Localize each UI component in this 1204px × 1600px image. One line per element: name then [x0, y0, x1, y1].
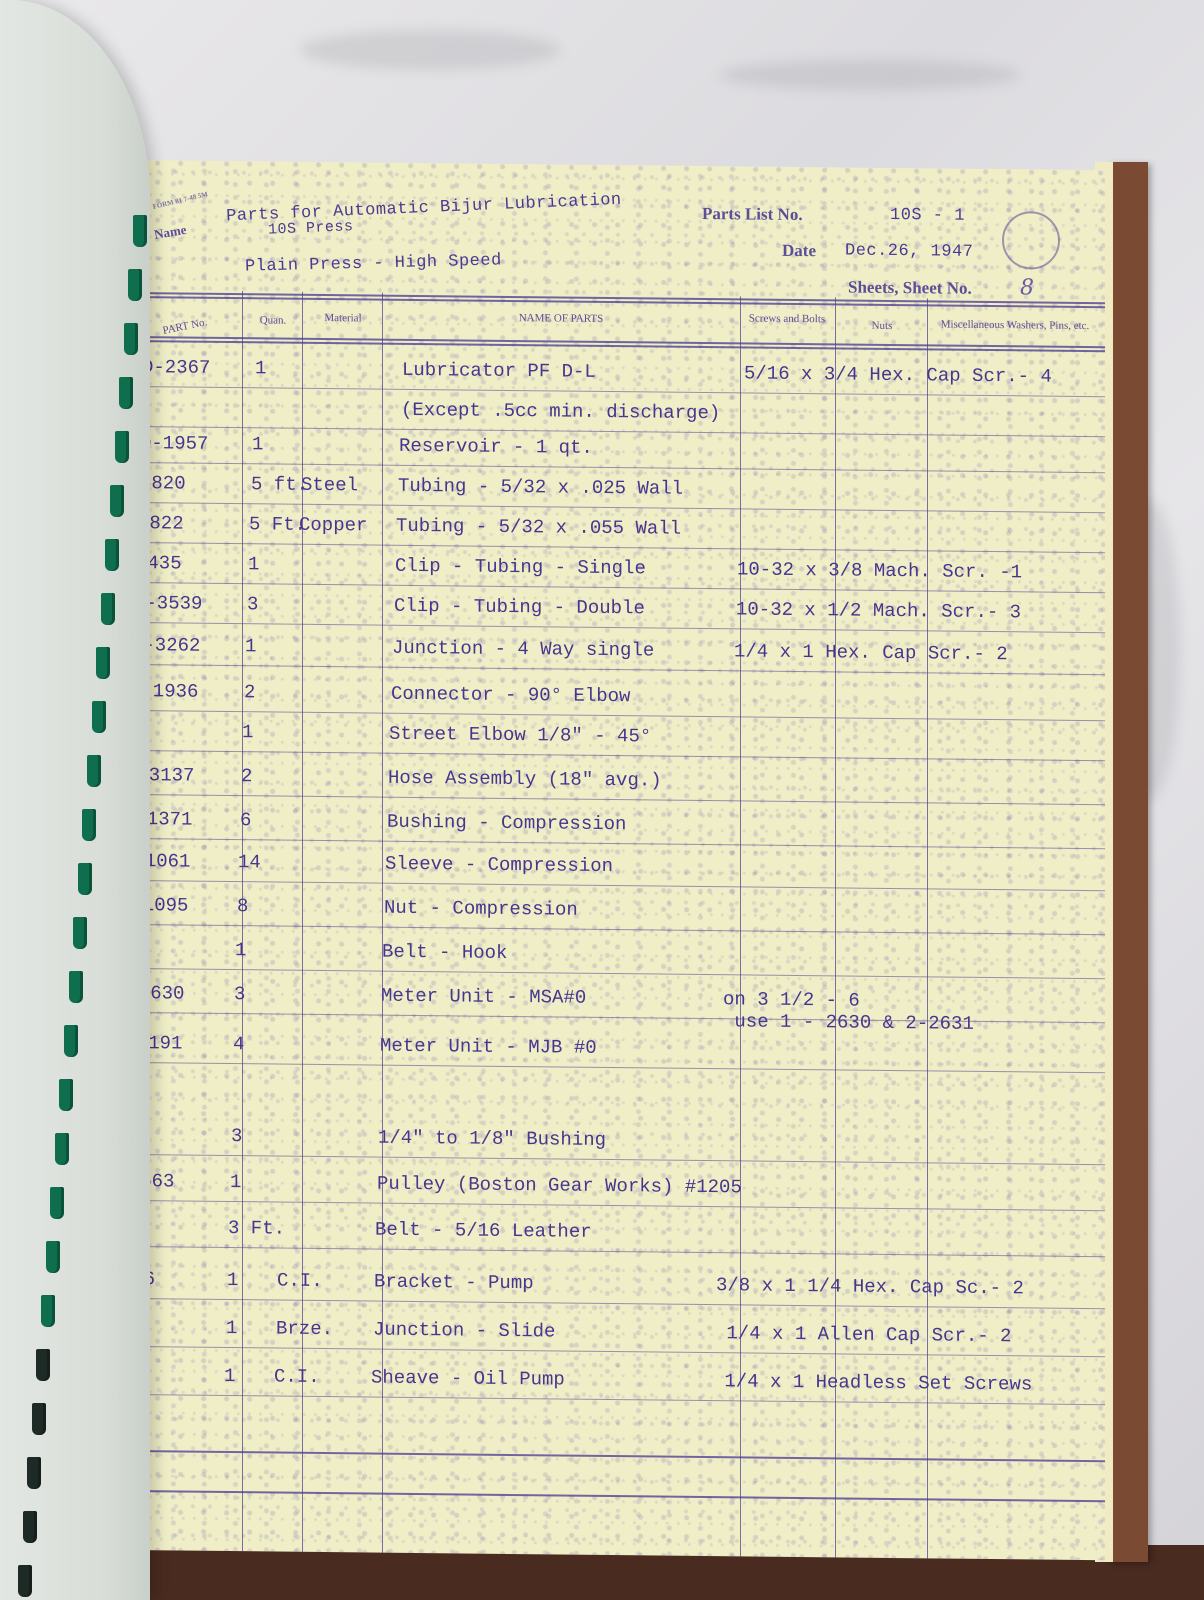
sheets-label: Sheets, Sheet No.	[848, 278, 972, 299]
part-name: (Except .5cc min. discharge)	[401, 399, 720, 424]
part-name: Lubricator PF D-L	[402, 359, 596, 383]
quantity: 5 ft.	[251, 473, 308, 496]
table-row: 31/4" to 1/8" Bushing	[130, 160, 1105, 170]
table-row: 485421C.I.Sheave - Oil Pump 1/4 x 1 Head…	[130, 160, 1105, 170]
table-row: 58205 ft.SteelTubing - 5/32 x .025 Wall	[130, 160, 1105, 170]
row-rule	[130, 1394, 1105, 1405]
quantity: 2	[244, 681, 255, 703]
row-rule	[130, 710, 1105, 721]
parts-table-body: D-23671Lubricator PF D-L5/16 x 3/4 Hex. …	[130, 160, 1105, 170]
quantity: 1	[227, 1269, 238, 1291]
row-rule	[130, 664, 1105, 675]
column-divider	[740, 296, 741, 1556]
part-name: 1/4" to 1/8" Bushing	[378, 1127, 606, 1151]
part-number: D-2367	[142, 356, 210, 379]
col-header-misc: Miscellaneous Washers, Pins, etc.	[930, 318, 1100, 332]
table-row: B-106114Sleeve - Compression	[130, 160, 1105, 170]
table-row: B-31914Meter Unit - MJB #0	[130, 160, 1105, 170]
col-header-material: Material	[306, 312, 380, 325]
material: Brze.	[276, 1318, 333, 1341]
row-rule	[130, 426, 1105, 437]
row-rule	[130, 838, 1105, 849]
table-row: 338691Brze.Junction - Slide 1/4 x 1 Alle…	[130, 160, 1105, 170]
material: C.I.	[274, 1366, 320, 1388]
quantity: 1	[255, 357, 266, 379]
col-header-name: NAME OF PARTS	[386, 311, 736, 327]
facing-page	[0, 0, 150, 1600]
hardware-note: on 3 1/2 - 6 use 1 - 2630 & 2-2631	[723, 988, 974, 1035]
table-row: 1Belt - Hook	[130, 160, 1105, 170]
column-divider	[927, 298, 928, 1558]
part-name: Belt - 5/16 Leather	[375, 1219, 592, 1243]
part-name: Bracket - Pump	[374, 1271, 534, 1295]
name-label: Name	[153, 222, 188, 243]
row-rule	[130, 1246, 1105, 1257]
row-rule	[130, 750, 1105, 761]
column-divider	[835, 297, 836, 1557]
table-row: 1Street Elbow 1/8" - 45°	[130, 160, 1105, 170]
hardware-note: 1/4 x 1 Headless Set Screws	[713, 1370, 1032, 1395]
part-name: Clip - Tubing - Double	[394, 595, 645, 620]
marble-texture	[720, 60, 1020, 90]
part-name: Reservoir - 1 qt.	[399, 435, 593, 459]
column-divider	[382, 293, 383, 1553]
row-rule	[130, 622, 1105, 633]
quantity: 3	[247, 593, 258, 615]
quantity: 1	[235, 939, 246, 961]
table-row: B-31372Hose Assembly (18" avg.)	[130, 160, 1105, 170]
hardware-note: 1/4 x 1 Hex. Cap Scr.- 2	[734, 640, 1008, 665]
row-rule	[130, 794, 1105, 805]
table-row: 24351Clip - Tubing - Single10-32 x 3/8 M…	[130, 160, 1105, 170]
marble-texture	[300, 30, 560, 70]
col-header-quan: Quan.	[248, 314, 298, 327]
part-name: Junction - 4 Way single	[392, 637, 654, 662]
material: C.I.	[277, 1270, 323, 1292]
part-name: Pulley (Boston Gear Works) #1205	[377, 1173, 742, 1199]
part-name: Sheave - Oil Pump	[371, 1367, 565, 1391]
quantity: 1	[230, 1171, 241, 1193]
sheet-number: 8	[1020, 275, 1034, 300]
parts-list-number: 10S - 1	[890, 206, 965, 226]
column-divider	[242, 291, 243, 1551]
parts-list-label: Parts List No.	[702, 204, 803, 225]
hardware-note: 10-32 x 3/8 Mach. Scr. -1	[737, 558, 1022, 583]
quantity: 1	[224, 1365, 235, 1387]
row-rule	[130, 880, 1105, 891]
quantity: 1	[248, 553, 259, 575]
part-name: Junction - Slide	[373, 1319, 555, 1343]
table-row: B-32621Junction - 4 Way single1/4 x 1 He…	[130, 160, 1105, 170]
table-row: 58225 Ft.CopperTubing - 5/32 x .055 Wall	[130, 160, 1105, 170]
table-row: (Except .5cc min. discharge)	[130, 160, 1105, 170]
hardware-note: 10-32 x 1/2 Mach. Scr.- 3	[736, 598, 1021, 623]
part-name: Connector - 90° Elbow	[391, 683, 630, 708]
row-rule	[130, 582, 1105, 593]
part-name: Clip - Tubing - Single	[395, 555, 646, 580]
part-name: Nut - Compression	[384, 897, 578, 921]
quantity: 4	[233, 1033, 244, 1055]
quantity: 2	[241, 765, 252, 787]
table-row: B-26303Meter Unit - MSA#0on 3 1/2 - 6 us…	[130, 160, 1105, 170]
name-line-2: 10S Press	[268, 218, 354, 239]
row-rule	[130, 1200, 1105, 1211]
table-row: D-23671Lubricator PF D-L5/16 x 3/4 Hex. …	[130, 160, 1105, 170]
row-rule	[130, 386, 1105, 397]
row-rule	[130, 1154, 1105, 1165]
hardware-note: 5/16 x 3/4 Hex. Cap Scr.- 4	[744, 362, 1052, 387]
date-value: Dec.26, 1947	[845, 241, 973, 261]
quantity: 1	[242, 721, 253, 743]
row-rule	[130, 924, 1105, 935]
part-name: Meter Unit - MSA#0	[381, 985, 586, 1009]
part-name: Tubing - 5/32 x .025 Wall	[398, 475, 683, 500]
table-row: B-10958Nut - Compression	[130, 160, 1105, 170]
part-name: Tubing - 5/32 x .055 Wall	[396, 515, 681, 540]
part-name: Hose Assembly (18" avg.)	[388, 767, 662, 792]
quantity: 1	[226, 1317, 237, 1339]
date-label: Date	[782, 241, 816, 261]
hardware-note: 1/4 x 1 Allen Cap Scr.- 2	[715, 1322, 1011, 1347]
quantity: 8	[237, 895, 248, 917]
table-row: B-13716Bushing - Compression	[130, 160, 1105, 170]
quantity: 14	[238, 851, 261, 873]
col-header-nuts: Nuts	[838, 319, 926, 332]
quantity: 1	[245, 635, 256, 657]
part-name: Sleeve - Compression	[385, 853, 613, 877]
quantity: 3	[234, 983, 245, 1005]
table-row: D-19571Reservoir - 1 qt.	[130, 160, 1105, 170]
table-row: A-35393Clip - Tubing - Double10-32 x 1/2…	[130, 160, 1105, 170]
row-rule	[130, 1346, 1105, 1357]
table-row: B-19362Connector - 90° Elbow	[130, 160, 1105, 170]
form-code: FORM 81 7-48 5M	[152, 190, 209, 211]
material: Copper	[299, 514, 367, 537]
row-rule	[130, 542, 1105, 553]
quantity: 3 Ft.	[228, 1217, 285, 1240]
blank-row-rule	[130, 1490, 1105, 1502]
part-name: Meter Unit - MJB #0	[380, 1035, 597, 1059]
row-rule	[130, 1062, 1105, 1073]
part-name: Street Elbow 1/8" - 45°	[389, 723, 651, 748]
row-rule	[130, 462, 1105, 473]
row-rule	[130, 968, 1105, 979]
parts-list-sheet: FORM 81 7-48 5M Name Parts for Automatic…	[130, 160, 1105, 1560]
material: Steel	[301, 474, 358, 497]
row-rule	[130, 502, 1105, 513]
col-header-screws: Screws and Bolts	[742, 312, 832, 325]
part-number: D-1957	[140, 432, 208, 455]
book-cover-edge	[1108, 162, 1148, 1562]
part-name: Belt - Hook	[382, 941, 507, 964]
quantity: 6	[240, 809, 251, 831]
name-line-3: Plain Press - High Speed	[245, 251, 502, 276]
quantity: 3	[231, 1125, 242, 1147]
quantity: 5 Ft.	[249, 513, 306, 536]
table-row: 430361C.I.Bracket - Pump3/8 x 1 1/4 Hex.…	[130, 160, 1105, 170]
quantity: 1	[252, 433, 263, 455]
row-rule	[130, 1298, 1105, 1309]
blank-row-rule	[130, 1450, 1105, 1462]
table-row: 3 Ft.Belt - 5/16 Leather	[130, 160, 1105, 170]
table-row: 34-5631Pulley (Boston Gear Works) #1205	[130, 160, 1105, 170]
circle-stamp-icon	[1002, 211, 1060, 270]
part-name: Bushing - Compression	[387, 811, 626, 836]
hardware-note: 3/8 x 1 1/4 Hex. Cap Sc.- 2	[716, 1274, 1024, 1299]
